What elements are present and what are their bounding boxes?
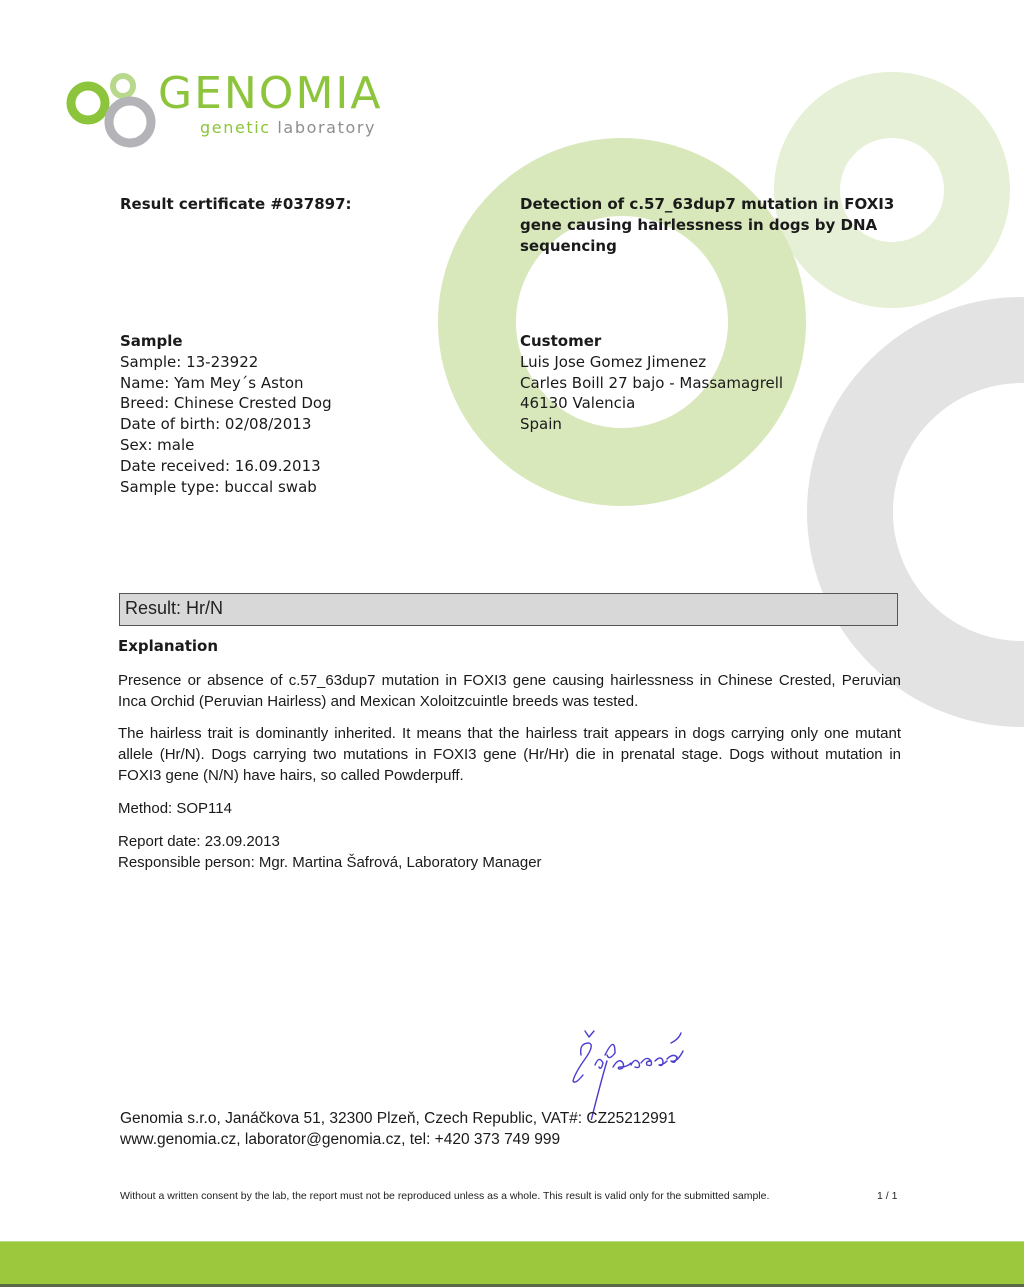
sample-type: Sample type: buccal swab <box>120 477 332 498</box>
logo-tagline: genetic laboratory <box>200 118 376 137</box>
report-date: Report date: 23.09.2013 <box>118 831 901 852</box>
sample-sex: Sex: male <box>120 435 332 456</box>
customer-name: Luis Jose Gomez Jimenez <box>520 352 783 373</box>
sample-name: Name: Yam Mey´s Aston <box>120 373 332 394</box>
signature-image <box>555 1025 695 1120</box>
page-number: 1 / 1 <box>877 1190 897 1202</box>
logo-wordmark: GENOMIA <box>158 68 382 119</box>
company-info: Genomia s.r.o, Janáčkova 51, 32300 Plzeň… <box>120 1108 676 1150</box>
footer-green-band <box>0 1241 1024 1285</box>
company-address: Genomia s.r.o, Janáčkova 51, 32300 Plzeň… <box>120 1108 676 1129</box>
sample-id: Sample: 13-23922 <box>120 352 332 373</box>
explanation-paragraph-2: The hairless trait is dominantly inherit… <box>118 723 901 786</box>
explanation-paragraph-1: Presence or absence of c.57_63dup7 mutat… <box>118 670 901 712</box>
customer-city: 46130 Valencia <box>520 393 783 414</box>
sample-dob: Date of birth: 02/08/2013 <box>120 414 332 435</box>
customer-country: Spain <box>520 414 783 435</box>
responsible-person: Responsible person: Mgr. Martina Šafrová… <box>118 852 901 873</box>
customer-heading: Customer <box>520 331 783 352</box>
sample-breed: Breed: Chinese Crested Dog <box>120 393 332 414</box>
method-line: Method: SOP114 <box>118 798 901 819</box>
footer-disclaimer: Without a written consent by the lab, th… <box>120 1190 769 1202</box>
company-contact: www.genomia.cz, laborator@genomia.cz, te… <box>120 1129 676 1150</box>
sample-heading: Sample <box>120 331 332 352</box>
result-box: Result: Hr/N <box>119 593 898 626</box>
explanation-heading: Explanation <box>118 637 218 655</box>
sample-date-received: Date received: 16.09.2013 <box>120 456 332 477</box>
sample-info-block: Sample Sample: 13-23922 Name: Yam Mey´s … <box>120 331 332 497</box>
report-info: Report date: 23.09.2013 Responsible pers… <box>118 831 901 873</box>
genomia-logo: GENOMIA genetic laboratory <box>66 70 436 154</box>
genomia-rings-logo-icon <box>66 70 158 154</box>
test-title: Detection of c.57_63dup7 mutation in FOX… <box>520 194 910 257</box>
result-label: Result: Hr/N <box>125 598 223 619</box>
certificate-title: Result certificate #037897: <box>120 194 352 215</box>
ring-gray-decoration <box>850 340 1024 684</box>
customer-info-block: Customer Luis Jose Gomez Jimenez Carles … <box>520 331 783 435</box>
customer-street: Carles Boill 27 bajo - Massamagrell <box>520 373 783 394</box>
